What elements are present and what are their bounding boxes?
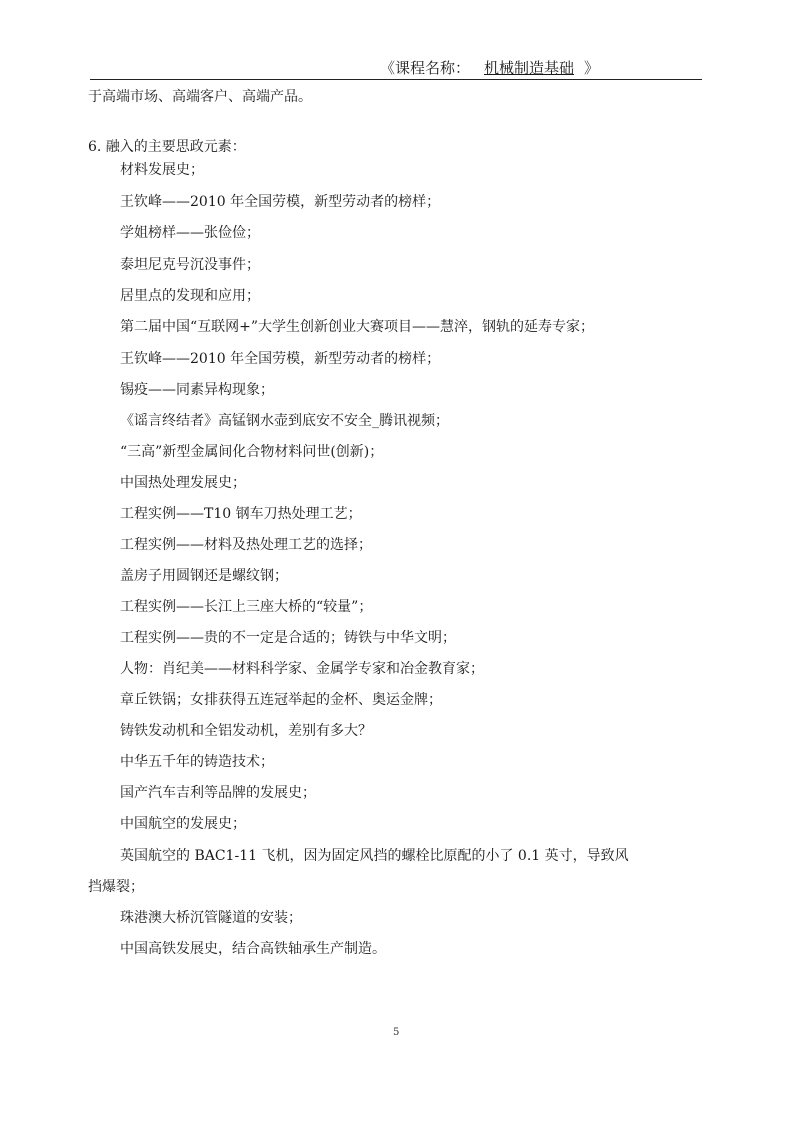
list-item: 中国航空的发展史； — [120, 814, 246, 834]
course-title: 《课程名称：机械制造基础》 — [380, 57, 599, 78]
list-item: 英国航空的 BAC1-11 飞机，因为固定风挡的螺栓比原配的小了 0.1 英寸，… — [120, 846, 629, 866]
list-item: 第二届中国“互联网+”大学生创新创业大赛项目——慧淬，钢轨的延寿专家； — [120, 317, 594, 337]
list-item: 工程实例——T10 钢车刀热处理工艺； — [120, 504, 362, 524]
list-item: 中华五千年的铸造技术； — [120, 752, 274, 772]
list-item: 材料发展史； — [120, 160, 204, 180]
list-item: 泰坦尼克号沉没事件； — [120, 255, 260, 275]
list-item: 王钦峰——2010 年全国劳模，新型劳动者的榜样； — [120, 192, 440, 212]
section-title: 6. 融入的主要思政元素： — [88, 137, 246, 157]
page-number: 5 — [393, 1027, 399, 1038]
list-item: 章丘铁锅；女排获得五连冠举起的金杯、奥运金牌； — [120, 690, 442, 710]
list-item: 工程实例——材料及热处理工艺的选择； — [120, 535, 372, 555]
list-item: 学姐榜样——张俭俭； — [120, 223, 260, 243]
course-title-suffix: 》 — [584, 59, 599, 77]
page-header: 《课程名称：机械制造基础》 — [90, 55, 702, 80]
intro-line: 于高端市场、高端客户、高端产品。 — [88, 87, 312, 107]
course-name: 机械制造基础 — [470, 57, 584, 78]
list-item: 铸铁发动机和全铝发动机，差别有多大？ — [120, 721, 372, 741]
list-item: “三高”新型金属间化合物材料问世(创新)； — [120, 442, 383, 462]
list-item-continuation: 挡爆裂； — [88, 877, 144, 897]
list-item: 居里点的发现和应用； — [120, 286, 260, 306]
list-item: 王钦峰——2010 年全国劳模，新型劳动者的榜样； — [120, 349, 440, 369]
list-item: 工程实例——长江上三座大桥的“较量”； — [120, 597, 372, 617]
list-item: 工程实例——贵的不一定是合适的；铸铁与中华文明； — [120, 628, 456, 648]
list-item: 中国高铁发展史，结合高铁轴承生产制造。 — [120, 939, 386, 959]
list-item: 人物：肖纪美——材料科学家、金属学专家和冶金教育家； — [120, 659, 484, 679]
list-item: 珠港澳大桥沉管隧道的安装； — [120, 908, 302, 928]
course-title-prefix: 《课程名称： — [380, 59, 470, 77]
list-item: 锡疫——同素异构现象； — [120, 380, 274, 400]
list-item: 国产汽车吉利等品牌的发展史； — [120, 783, 316, 803]
list-item: 中国热处理发展史； — [120, 473, 246, 493]
list-item: 盖房子用圆钢还是螺纹钢； — [120, 566, 288, 586]
list-item: 《谣言终结者》高锰钢水壶到底安不安全_腾讯视频； — [120, 411, 449, 431]
